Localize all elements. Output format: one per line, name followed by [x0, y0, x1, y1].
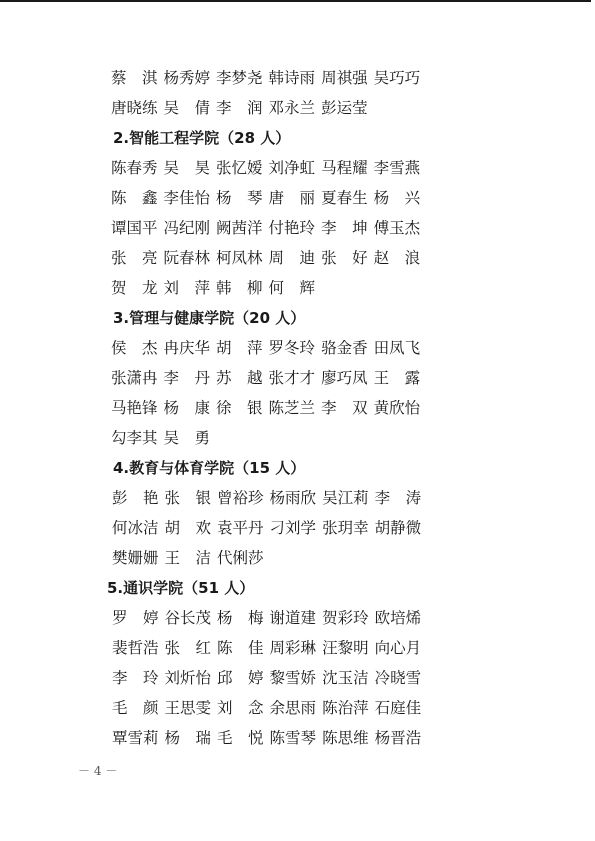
person-name: 冷晓雪	[375, 663, 422, 693]
person-name: 韩诗雨	[269, 63, 316, 93]
person-name: 陈春秀	[111, 153, 158, 183]
person-name: 骆金香	[321, 333, 368, 363]
person-name: 黎雪娇	[270, 663, 317, 693]
person-name: 何 辉	[269, 273, 316, 303]
person-name: 吴 倩	[164, 93, 211, 123]
person-name: 谭国平	[111, 213, 158, 243]
person-name: 李 坤	[321, 213, 368, 243]
name-row: 覃雪莉杨 瑞毛 悦陈雪琴陈思维杨晋浩	[112, 723, 427, 753]
person-name: 陈芝兰	[269, 393, 316, 423]
name-row: 唐晓练吴 倩李 润邓永兰彭运莹	[111, 93, 374, 123]
person-name: 赵 浪	[374, 243, 421, 273]
person-name: 毛 颜	[112, 693, 159, 723]
person-name: 汪黎明	[322, 633, 369, 663]
person-name: 罗冬玲	[269, 333, 316, 363]
person-name: 张玥幸	[322, 513, 369, 543]
name-row: 李 玲刘炘怡邱 婷黎雪娇沈玉洁冷晓雪	[112, 663, 427, 693]
person-name: 杨雨欣	[270, 483, 317, 513]
person-name: 胡 欢	[165, 513, 212, 543]
person-name: 向心月	[375, 633, 422, 663]
person-name: 欧培烯	[375, 603, 422, 633]
person-name: 覃雪莉	[112, 723, 159, 753]
name-row: 张潇冉李 丹苏 越张才才廖巧凤王 露	[111, 363, 426, 393]
person-name: 李 双	[321, 393, 368, 423]
person-name: 傅玉杰	[374, 213, 421, 243]
name-row: 裴哲浩张 红陈 佳周彩琳汪黎明向心月	[112, 633, 427, 663]
section-heading: 3.管理与健康学院（20 人）	[113, 303, 305, 333]
person-name: 余思雨	[270, 693, 317, 723]
person-name: 邓永兰	[269, 93, 316, 123]
person-name: 付艳玲	[269, 213, 316, 243]
person-name: 胡静微	[375, 513, 422, 543]
person-name: 陈雪琴	[270, 723, 317, 753]
person-name: 田凤飞	[374, 333, 421, 363]
person-name: 吴巧巧	[374, 63, 421, 93]
person-name: 代俐莎	[217, 543, 264, 573]
person-name: 周 迪	[269, 243, 316, 273]
person-name: 刁刘学	[270, 513, 317, 543]
person-name: 阙茜洋	[216, 213, 263, 243]
person-name: 唐晓练	[111, 93, 158, 123]
person-name: 李 润	[216, 93, 263, 123]
person-name: 李 涛	[375, 483, 422, 513]
person-name: 王 洁	[165, 543, 212, 573]
name-row: 侯 杰冉庆华胡 萍罗冬玲骆金香田凤飞	[111, 333, 426, 363]
person-name: 张潇冉	[111, 363, 158, 393]
person-name: 陈 佳	[217, 633, 264, 663]
person-name: 彭 艳	[112, 483, 159, 513]
name-row: 蔡 淇杨秀婷李梦尧韩诗雨周祺强吴巧巧	[111, 63, 426, 93]
name-row: 何冰洁胡 欢袁平丹刁刘学张玥幸胡静微	[112, 513, 427, 543]
name-row: 彭 艳张 银曾裕珍杨雨欣吴江莉李 涛	[112, 483, 427, 513]
person-name: 周彩琳	[270, 633, 317, 663]
top-border-rule	[0, 0, 591, 2]
person-name: 周祺强	[321, 63, 368, 93]
name-row: 毛 颜王思雯刘 念余思雨陈治萍石庭佳	[112, 693, 427, 723]
person-name: 陈治萍	[322, 693, 369, 723]
name-row: 罗 婷谷长茂杨 梅谢道建贺彩玲欧培烯	[112, 603, 427, 633]
person-name: 蔡 淇	[111, 63, 158, 93]
person-name: 柯凤林	[216, 243, 263, 273]
person-name: 吴 昊	[164, 153, 211, 183]
section-heading: 5.通识学院（51 人）	[107, 573, 254, 603]
person-name: 刘炘怡	[165, 663, 212, 693]
person-name: 贺 龙	[111, 273, 158, 303]
person-name: 王思雯	[165, 693, 212, 723]
person-name: 马艳锋	[111, 393, 158, 423]
name-row: 陈春秀吴 昊张忆嫒刘净虹马程耀李雪燕	[111, 153, 426, 183]
person-name: 廖巧凤	[321, 363, 368, 393]
person-name: 李雪燕	[374, 153, 421, 183]
person-name: 张才才	[269, 363, 316, 393]
person-name: 杨 兴	[374, 183, 421, 213]
person-name: 张 红	[165, 633, 212, 663]
section-heading: 2.智能工程学院（28 人）	[113, 123, 290, 153]
person-name: 张 银	[165, 483, 212, 513]
person-name: 彭运莹	[321, 93, 368, 123]
person-name: 毛 悦	[217, 723, 264, 753]
person-name: 阮春林	[164, 243, 211, 273]
name-row: 贺 龙刘 萍韩 柳何 辉	[111, 273, 321, 303]
person-name: 李佳怡	[164, 183, 211, 213]
name-row: 樊姗姗王 洁代俐莎	[112, 543, 270, 573]
person-name: 杨 瑞	[165, 723, 212, 753]
person-name: 杨 梅	[217, 603, 264, 633]
person-name: 陈 鑫	[111, 183, 158, 213]
person-name: 何冰洁	[112, 513, 159, 543]
person-name: 刘净虹	[269, 153, 316, 183]
person-name: 冉庆华	[164, 333, 211, 363]
person-name: 徐 银	[216, 393, 263, 423]
person-name: 黄欣怡	[374, 393, 421, 423]
name-row: 马艳锋杨 康徐 银陈芝兰李 双黄欣怡	[111, 393, 426, 423]
person-name: 王 露	[374, 363, 421, 393]
name-row: 张 亮阮春林柯凤林周 迪张 好赵 浪	[111, 243, 426, 273]
person-name: 吴江莉	[322, 483, 369, 513]
person-name: 李 丹	[164, 363, 211, 393]
person-name: 陈思维	[322, 723, 369, 753]
person-name: 杨 康	[164, 393, 211, 423]
name-row: 陈 鑫李佳怡杨 琴唐 丽夏春生杨 兴	[111, 183, 426, 213]
person-name: 张 亮	[111, 243, 158, 273]
name-row: 勾李其吴 勇	[111, 423, 216, 453]
person-name: 贺彩玲	[322, 603, 369, 633]
person-name: 樊姗姗	[112, 543, 159, 573]
person-name: 侯 杰	[111, 333, 158, 363]
person-name: 谷长茂	[165, 603, 212, 633]
person-name: 胡 萍	[216, 333, 263, 363]
person-name: 刘 萍	[164, 273, 211, 303]
person-name: 韩 柳	[216, 273, 263, 303]
person-name: 吴 勇	[164, 423, 211, 453]
person-name: 曾裕珍	[217, 483, 264, 513]
person-name: 刘 念	[217, 693, 264, 723]
person-name: 沈玉洁	[322, 663, 369, 693]
person-name: 裴哲浩	[112, 633, 159, 663]
person-name: 杨晋浩	[375, 723, 422, 753]
person-name: 邱 婷	[217, 663, 264, 693]
person-name: 杨秀婷	[164, 63, 211, 93]
person-name: 唐 丽	[269, 183, 316, 213]
person-name: 谢道建	[270, 603, 317, 633]
person-name: 张忆嫒	[216, 153, 263, 183]
person-name: 夏春生	[321, 183, 368, 213]
person-name: 杨 琴	[216, 183, 263, 213]
person-name: 袁平丹	[217, 513, 264, 543]
page-number: － 4 －	[78, 762, 117, 779]
person-name: 勾李其	[111, 423, 158, 453]
name-row: 谭国平冯纪刚阙茜洋付艳玲李 坤傅玉杰	[111, 213, 426, 243]
person-name: 李 玲	[112, 663, 159, 693]
section-heading: 4.教育与体育学院（15 人）	[113, 453, 305, 483]
person-name: 马程耀	[321, 153, 368, 183]
person-name: 石庭佳	[375, 693, 422, 723]
person-name: 张 好	[321, 243, 368, 273]
person-name: 冯纪刚	[164, 213, 211, 243]
person-name: 苏 越	[216, 363, 263, 393]
person-name: 罗 婷	[112, 603, 159, 633]
person-name: 李梦尧	[216, 63, 263, 93]
